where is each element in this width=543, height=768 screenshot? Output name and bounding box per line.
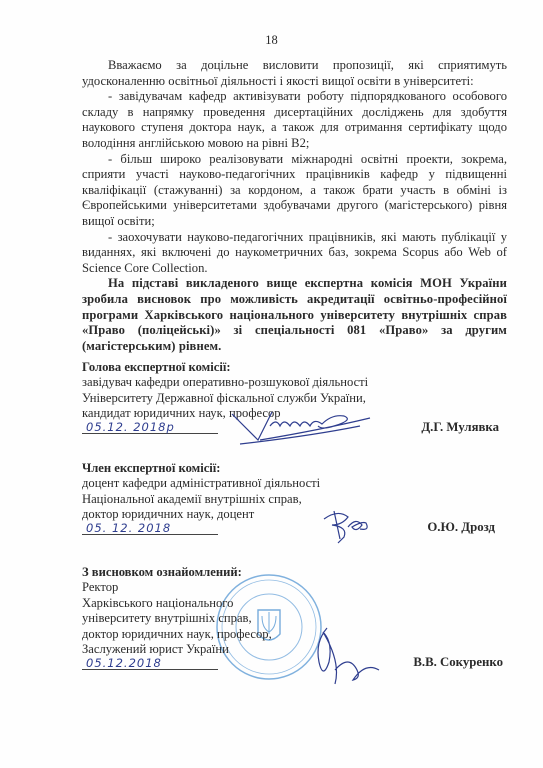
- item2-line: вищої освіти;: [82, 214, 507, 230]
- conclusion-line: (магістерським) рівнем.: [82, 339, 507, 355]
- item2-line: сприяти участі науково-педагогічних прац…: [82, 167, 507, 183]
- signature-detail: доктор юридичних наук, професор,: [82, 627, 272, 642]
- item1-line: - завідувачам кафедр активізувати роботу…: [82, 89, 507, 105]
- signature-detail: доцент кафедри адміністративної діяльнос…: [82, 476, 320, 491]
- signature-role: Голова експертної комісії:: [82, 360, 368, 375]
- signature-detail: Національної академії внутрішніх справ,: [82, 492, 320, 507]
- document-page: 18 Вважаємо за доцільне висловити пропоз…: [0, 0, 543, 768]
- signature-block-rector: З висновком ознайомлений: Ректор Харківс…: [82, 565, 272, 657]
- signatory-name: В.В. Сокуренко: [413, 655, 503, 670]
- date-line: 05. 12. 2018: [82, 518, 218, 535]
- item2-line: кваліфікації (стажуванні) за кордоном, а…: [82, 183, 507, 199]
- item3-line: виданнях, які включені до наукометричних…: [82, 245, 507, 261]
- item3-line: - заохочувати науково-педагогічних праці…: [82, 230, 507, 246]
- signature-detail: Ректор: [82, 580, 272, 595]
- signature-detail: завідувач кафедри оперативно-розшукової …: [82, 375, 368, 390]
- handwritten-signature-icon: [220, 400, 380, 450]
- conclusion-line: зробила висновок про можливість акредита…: [82, 292, 507, 308]
- handwritten-signature-icon: [318, 505, 378, 545]
- date-line: 05.12.2018: [82, 653, 218, 670]
- date-line: 05.12. 2018р: [82, 417, 218, 434]
- signatory-name: О.Ю. Дрозд: [427, 520, 495, 535]
- signature-role: З висновком ознайомлений:: [82, 565, 272, 580]
- item2-line: - більш широко реалізовувати міжнародні …: [82, 152, 507, 168]
- intro-line: Вважаємо за доцільне висловити пропозиці…: [82, 58, 507, 74]
- signature-detail: університету внутрішніх справ,: [82, 611, 272, 626]
- conclusion-line: програми Харківського національного унів…: [82, 308, 507, 324]
- item3-line: Science Core Collection.: [82, 261, 507, 277]
- handwritten-date: 05.12. 2018р: [86, 420, 175, 434]
- page-number: 18: [0, 33, 543, 48]
- conclusion-line: «Право (поліцейські)» зі спеціальності 0…: [82, 323, 507, 339]
- signature-detail: Харківського національного: [82, 596, 272, 611]
- intro-line: удосконаленню освітньої діяльності і яко…: [82, 74, 507, 90]
- proposals-section: Вважаємо за доцільне висловити пропозиці…: [82, 58, 507, 354]
- signature-role: Член експертної комісії:: [82, 461, 320, 476]
- item1-line: володіння англійською мовою на рівні В2;: [82, 136, 507, 152]
- conclusion-line: На підставі викладеного вище експертна к…: [82, 276, 507, 292]
- item1-line: складу в напрямку проведення дисертаційн…: [82, 105, 507, 121]
- signatory-name: Д.Г. Мулявка: [421, 420, 499, 435]
- item2-line: Європейськими університетами здобувачами…: [82, 198, 507, 214]
- signature-block-member: Член експертної комісії: доцент кафедри …: [82, 461, 320, 523]
- handwritten-date: 05. 12. 2018: [86, 521, 171, 535]
- item1-line: наукового ступеня доктора наук, а також …: [82, 120, 507, 136]
- handwritten-date: 05.12.2018: [86, 656, 162, 670]
- handwritten-signature-icon: [305, 622, 385, 692]
